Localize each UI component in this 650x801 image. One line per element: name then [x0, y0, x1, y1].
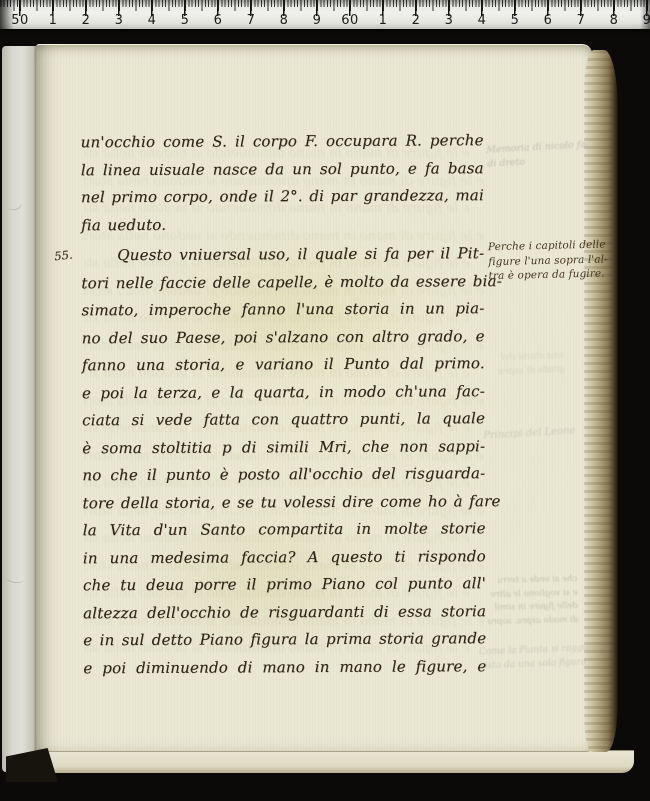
ruler-number: 3 [103, 13, 136, 29]
bleedthrough-line: di modo aspra, sopra [487, 613, 578, 629]
manuscript-line: simato, imperoche fanno l'una storia in … [81, 295, 484, 325]
margin-note-line: tra è opera da fugire. [488, 266, 608, 283]
manuscript-line: un'occhio come S. il corpo F. occupara R… [81, 127, 484, 157]
manuscript-line: tore della storia, e se tu volessi dire … [82, 488, 485, 518]
ruler-number: 9 [301, 13, 334, 29]
ruler-number: 7 [565, 13, 598, 29]
manuscript-line: e poi la terza, e la quarta, in modo ch'… [82, 378, 485, 408]
handwriting-layer: 55. un'occhio come S. il corpo F. occupa… [0, 0, 650, 801]
ruler-number: 1 [367, 13, 400, 29]
bleedthrough-bottom-block: che si vede a terrae si vogliono le altr… [486, 573, 578, 629]
ruler: 5012345678960123456789 [0, 0, 650, 29]
margin-note: Perche i capitoli dellefigure l'una sopr… [488, 237, 608, 283]
manuscript-line: no del suo Paese, poi s'alzano con altro… [82, 323, 485, 353]
ruler-number: 3 [433, 13, 466, 29]
manuscript-line: Questo vniuersal uso, il quale si fa per… [81, 240, 484, 270]
manuscript-line: no che il punto è posto all'occhio del r… [82, 460, 485, 490]
ruler-number: 4 [136, 13, 169, 29]
ruler-number: 60 [334, 13, 367, 29]
manuscript-photo: 5012345678960123456789 e le figure di ma… [0, 0, 650, 801]
manuscript-line: in una medesima faccia? A questo ti risp… [83, 543, 486, 573]
ruler-number: 2 [400, 13, 433, 29]
ruler-number: 5 [169, 13, 202, 29]
manuscript-line: altezza dell'occhio de risguardanti di e… [83, 598, 486, 628]
manuscript-line: e poi diminuendo di mano in mano le figu… [83, 653, 486, 683]
manuscript-line: è soma stoltitia p di simili Mri, che no… [82, 433, 485, 463]
bleedthrough-mid-note: una storia delgrado di sopra [497, 349, 565, 380]
manuscript-line: fanno una storia, e variano il Punto dal… [82, 350, 485, 380]
manuscript-line: la Vita d'un Santo compartita in molte s… [83, 515, 486, 545]
manuscript-line: ciata si vede fatta con quattro punti, l… [82, 405, 485, 435]
bleedthrough-line: delle figure in simil [487, 600, 578, 616]
paragraph-number: 55. [54, 247, 74, 263]
ruler-shadow-left [0, 0, 14, 29]
manuscript-line: nel primo corpo, onde il 2°. di par gran… [81, 182, 484, 212]
manuscript-line: la linea uisuale nasce da un sol punto, … [81, 155, 484, 185]
paragraph-2: Questo vniuersal uso, il quale si fa per… [81, 240, 486, 682]
ruler-shadow-right [640, 0, 650, 29]
manuscript-line: che tu deua porre il primo Piano col pun… [83, 570, 486, 600]
ruler-number: 6 [532, 13, 565, 29]
ruler-number: 6 [202, 13, 235, 29]
manuscript-line: tori nelle faccie delle capelle, è molto… [81, 268, 484, 298]
ruler-number: 8 [598, 13, 631, 29]
bleedthrough-line: che si vede a terra [486, 573, 577, 589]
bleedthrough-pencil-note: Principi del Leone [483, 425, 576, 441]
bleedthrough-line: grado di sopra [498, 363, 565, 380]
manuscript-line: e in sul detto Piano figura la prima sto… [83, 625, 486, 655]
bleedthrough-top-note: Memoria di nicolo fa-di dreto [486, 138, 590, 172]
ruler-number: 1 [37, 13, 70, 29]
manuscript-line: fia ueduto. [81, 210, 484, 240]
ruler-numbers: 5012345678960123456789 [4, 0, 650, 29]
ruler-number: 7 [235, 13, 268, 29]
ruler-number: 5 [499, 13, 532, 29]
ruler-number: 8 [268, 13, 301, 29]
ruler-number: 4 [466, 13, 499, 29]
paragraph-1: un'occhio come S. il corpo F. occupara R… [81, 127, 485, 239]
ruler-number: 2 [70, 13, 103, 29]
bleedthrough-bottom-pencil: Come la Pianta si ragguagliavista da una… [479, 640, 612, 673]
